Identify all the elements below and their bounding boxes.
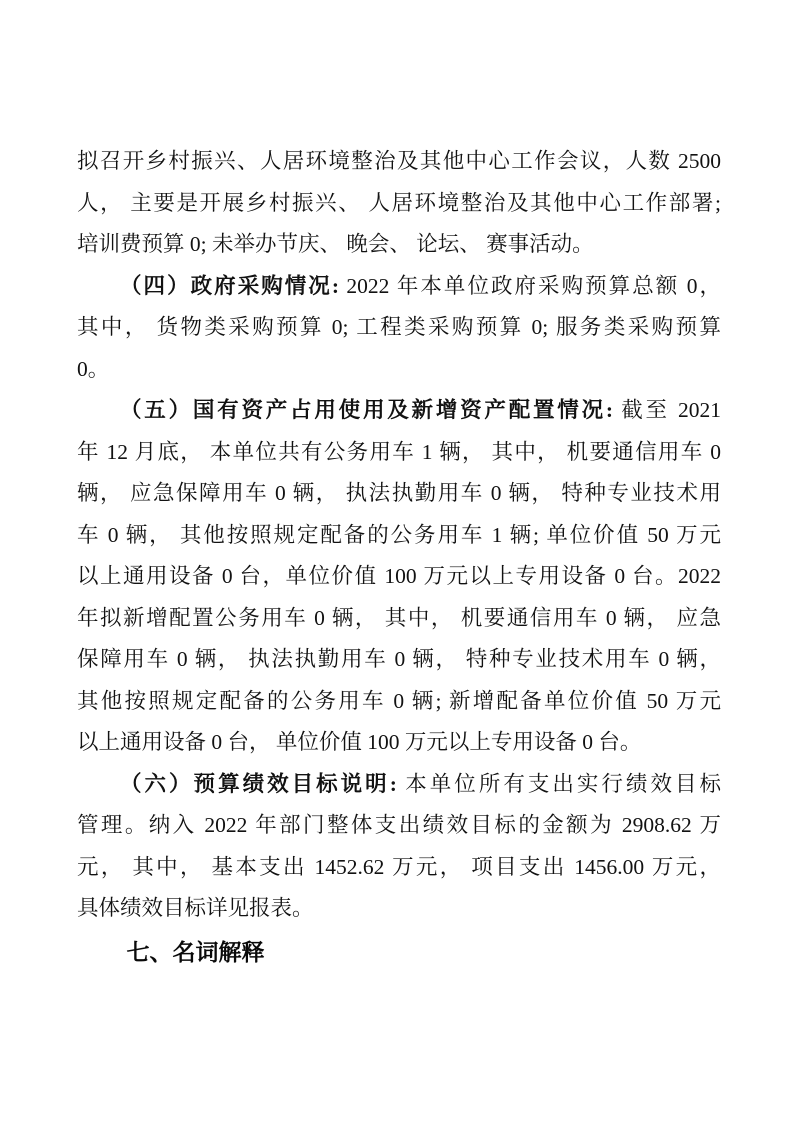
section-government-procurement: （四）政府采购情况: 2022 年本单位政府采购预算总额 0， 其中， 货物类采…: [77, 266, 721, 391]
section-label-tail: 本单位所有支出实行绩效目标: [397, 772, 721, 796]
text-line: 年 12 月底， 本单位共有公务用车 1 辆， 其中， 机要通信用车 0: [77, 432, 721, 474]
glossary-section-heading: 七、名词解释: [77, 930, 721, 974]
section-label: （四）政府采购情况:: [120, 274, 339, 298]
section-label-tail: 截至 2021: [613, 398, 721, 422]
text-line: 拟召开乡村振兴、人居环境整治及其他中心工作会议，人数 2500: [77, 141, 721, 183]
section-performance-targets: （六）预算绩效目标说明: 本单位所有支出实行绩效目标 管理。纳入 2022 年部…: [77, 764, 721, 930]
text-line: 培训费预算 0; 未举办节庆、 晚会、 论坛、 赛事活动。: [77, 224, 721, 266]
text-line: 以上通用设备 0 台， 单位价值 100 万元以上专用设备 0 台。: [77, 722, 721, 764]
paragraph-conference-carryover: 拟召开乡村振兴、人居环境整治及其他中心工作会议，人数 2500 人， 主要是开展…: [77, 141, 721, 266]
text-line: 0。: [77, 349, 721, 391]
text-line: （六）预算绩效目标说明: 本单位所有支出实行绩效目标: [77, 764, 721, 806]
text-line: 保障用车 0 辆， 执法执勤用车 0 辆， 特种专业技术用车 0 辆，: [77, 639, 721, 681]
text-line: 辆， 应急保障用车 0 辆， 执法执勤用车 0 辆， 特种专业技术用: [77, 473, 721, 515]
text-line: 年拟新增配置公务用车 0 辆， 其中， 机要通信用车 0 辆， 应急: [77, 598, 721, 640]
text-line: 其中， 货物类采购预算 0; 工程类采购预算 0; 服务类采购预算: [77, 307, 721, 349]
text-line: 以上通用设备 0 台，单位价值 100 万元以上专用设备 0 台。2022: [77, 556, 721, 598]
text-line: （四）政府采购情况: 2022 年本单位政府采购预算总额 0，: [77, 266, 721, 308]
text-line: 管理。纳入 2022 年部门整体支出绩效目标的金额为 2908.62 万: [77, 805, 721, 847]
text-line: （五）国有资产占用使用及新增资产配置情况: 截至 2021: [77, 390, 721, 432]
text-line: 元， 其中， 基本支出 1452.62 万元， 项目支出 1456.00 万元，: [77, 847, 721, 889]
document-page: 拟召开乡村振兴、人居环境整治及其他中心工作会议，人数 2500 人， 主要是开展…: [0, 0, 793, 1122]
section-label-tail: 2022 年本单位政府采购预算总额 0，: [339, 274, 721, 298]
text-line: 其他按照规定配备的公务用车 0 辆; 新增配备单位价值 50 万元: [77, 681, 721, 723]
section-label: （五）国有资产占用使用及新增资产配置情况:: [120, 398, 613, 422]
text-line: 人， 主要是开展乡村振兴、 人居环境整治及其他中心工作部署;: [77, 183, 721, 225]
text-line: 具体绩效目标详见报表。: [77, 888, 721, 930]
text-line: 车 0 辆， 其他按照规定配备的公务用车 1 辆; 单位价值 50 万元: [77, 515, 721, 557]
section-state-assets: （五）国有资产占用使用及新增资产配置情况: 截至 2021 年 12 月底， 本…: [77, 390, 721, 764]
section-label: （六）预算绩效目标说明:: [120, 772, 397, 796]
